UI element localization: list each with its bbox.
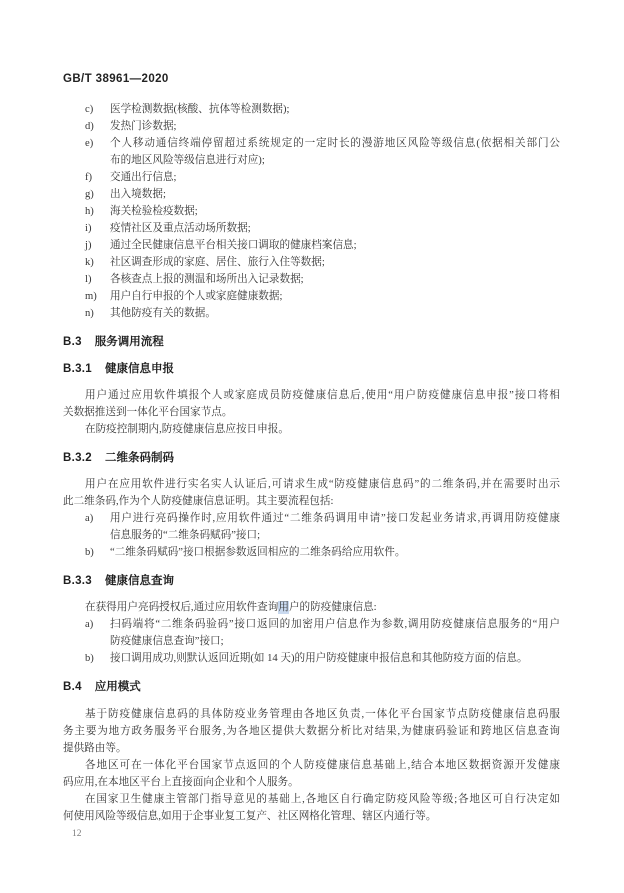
- lettered-list: a)用户进行亮码操作时,应用软件通过“二维条码调用申请”接口发起业务请求,再调用…: [63, 510, 560, 561]
- lettered-list: a)扫码端将“二维条码验码”接口返回的加密用户信息作为参数,调用防疫健康信息服务…: [63, 616, 560, 667]
- section-heading-b-3-1: B.3.1健康信息申报: [63, 362, 560, 376]
- list-item-text: 医学检测数据(核酸、抗体等检测数据);: [110, 101, 560, 118]
- list-item-text: 其他防疫有关的数据。: [110, 305, 560, 322]
- list-item-label: a): [85, 616, 110, 650]
- list-item-label: k): [85, 254, 110, 271]
- list-item: c)医学检测数据(核酸、抗体等检测数据);: [63, 101, 560, 118]
- text-line: 关数据推送到一体化平台国家节点。: [63, 404, 560, 421]
- list-item: f)交通出行信息;: [63, 169, 560, 186]
- text-line: 用户通过应用软件填报个人或家庭成员防疫健康信息后,使用“用户防疫健康信息申报”接…: [63, 387, 560, 404]
- list-item-label: b): [85, 650, 110, 667]
- text-line: “二维条码赋码”接口根据参数返回相应的二维条码给应用软件。: [110, 544, 560, 561]
- document-body: c)医学检测数据(核酸、抗体等检测数据);d)发热门诊数据;e)个人移动通信终端…: [63, 101, 560, 825]
- list-item-text: 疫情社区及重点活动场所数据;: [110, 220, 560, 237]
- list-item: k)社区调查形成的家庭、居住、旅行入住等数据;: [63, 254, 560, 271]
- list-item: l)各核查点上报的测温和场所出入记录数据;: [63, 271, 560, 288]
- list-item-label: b): [85, 544, 110, 561]
- document-page: GB/T 38961—2020 c)医学检测数据(核酸、抗体等检测数据);d)发…: [0, 0, 624, 893]
- list-item-text: “二维条码赋码”接口根据参数返回相应的二维条码给应用软件。: [110, 544, 560, 561]
- section-number: B.3.3: [63, 574, 92, 588]
- section-number: B.3.2: [63, 451, 92, 465]
- text-line: 在获得用户亮码授权后,通过应用软件查询用户的防疫健康信息:: [63, 599, 560, 616]
- text-line: 出入境数据;: [110, 186, 560, 203]
- list-item-text: 通过全民健康信息平台相关接口调取的健康档案信息;: [110, 237, 560, 254]
- section-title: 二维条码制码: [105, 451, 174, 465]
- paragraph: 在防疫控制期内,防疫健康信息应按日申报。: [63, 421, 560, 438]
- list-item: h)海关检验检疫数据;: [63, 203, 560, 220]
- text-line: 通过全民健康信息平台相关接口调取的健康档案信息;: [110, 237, 560, 254]
- list-item: i)疫情社区及重点活动场所数据;: [63, 220, 560, 237]
- list-item-label: e): [85, 135, 110, 169]
- list-item-label: c): [85, 101, 110, 118]
- list-item-text: 各核查点上报的测温和场所出入记录数据;: [110, 271, 560, 288]
- text-line: 扫码端将“二维条码验码”接口返回的加密用户信息作为参数,调用防疫健康信息服务的“…: [110, 616, 560, 633]
- list-item: b)接口调用成功,则默认返回近期(如 14 天)的用户防疫健康申报信息和其他防疫…: [63, 650, 560, 667]
- paragraph: 基于防疫健康信息码的具体防疫业务管理由各地区负责,一体化平台国家节点防疫健康信息…: [63, 706, 560, 757]
- list-item: m)用户自行申报的个人或家庭健康数据;: [63, 288, 560, 305]
- list-item-text: 海关检验检疫数据;: [110, 203, 560, 220]
- section-title: 健康信息申报: [105, 362, 174, 376]
- text-line: 防疫健康信息查询”接口;: [110, 633, 560, 650]
- list-item: g)出入境数据;: [63, 186, 560, 203]
- paragraph: 用户通过应用软件填报个人或家庭成员防疫健康信息后,使用“用户防疫健康信息申报”接…: [63, 387, 560, 421]
- list-item-label: d): [85, 118, 110, 135]
- list-item-text: 发热门诊数据;: [110, 118, 560, 135]
- list-item-label: g): [85, 186, 110, 203]
- list-item-label: n): [85, 305, 110, 322]
- list-item-label: f): [85, 169, 110, 186]
- text-line: 个人移动通信终端停留超过系统规定的一定时长的漫游地区风险等级信息(依据相关部门公: [110, 135, 560, 152]
- lettered-list: c)医学检测数据(核酸、抗体等检测数据);d)发热门诊数据;e)个人移动通信终端…: [63, 101, 560, 322]
- list-item-text: 用户自行申报的个人或家庭健康数据;: [110, 288, 560, 305]
- text-line: 基于防疫健康信息码的具体防疫业务管理由各地区负责,一体化平台国家节点防疫健康信息…: [63, 706, 560, 723]
- text-line: 发热门诊数据;: [110, 118, 560, 135]
- list-item-text: 出入境数据;: [110, 186, 560, 203]
- text-line: 布的地区风险等级信息进行对应);: [110, 152, 560, 169]
- text-line: 用户在应用软件进行实名实人认证后,可请求生成“防疫健康信息码”的二维条码,并在需…: [63, 476, 560, 493]
- paragraph: 各地区可在一体化平台国家节点返回的个人防疫健康信息基础上,结合本地区数据资源开发…: [63, 757, 560, 791]
- list-item: n)其他防疫有关的数据。: [63, 305, 560, 322]
- page-number: 12: [72, 828, 82, 840]
- list-item-text: 扫码端将“二维条码验码”接口返回的加密用户信息作为参数,调用防疫健康信息服务的“…: [110, 616, 560, 650]
- section-heading-b-3-3: B.3.3健康信息查询: [63, 574, 560, 588]
- text-line: 接口调用成功,则默认返回近期(如 14 天)的用户防疫健康申报信息和其他防疫方面…: [110, 650, 560, 667]
- text-line: 各核查点上报的测温和场所出入记录数据;: [110, 271, 560, 288]
- list-item: a)用户进行亮码操作时,应用软件通过“二维条码调用申请”接口发起业务请求,再调用…: [63, 510, 560, 544]
- paragraph: 用户在应用软件进行实名实人认证后,可请求生成“防疫健康信息码”的二维条码,并在需…: [63, 476, 560, 510]
- section-title: 应用模式: [95, 680, 141, 694]
- text-line: 提供路由等。: [63, 740, 560, 757]
- text-line: 用户进行亮码操作时,应用软件通过“二维条码调用申请”接口发起业务请求,再调用防疫…: [110, 510, 560, 527]
- section-number: B.3.1: [63, 362, 92, 376]
- text-line: 此二维条码,作为个人防疫健康信息证明。其主要流程包括:: [63, 493, 560, 510]
- list-item-label: a): [85, 510, 110, 544]
- section-title: 服务调用流程: [95, 335, 164, 349]
- list-item-text: 用户进行亮码操作时,应用软件通过“二维条码调用申请”接口发起业务请求,再调用防疫…: [110, 510, 560, 544]
- list-item-text: 接口调用成功,则默认返回近期(如 14 天)的用户防疫健康申报信息和其他防疫方面…: [110, 650, 560, 667]
- text-line: 海关检验检疫数据;: [110, 203, 560, 220]
- list-item: d)发热门诊数据;: [63, 118, 560, 135]
- list-item: b)“二维条码赋码”接口根据参数返回相应的二维条码给应用软件。: [63, 544, 560, 561]
- list-item-text: 个人移动通信终端停留超过系统规定的一定时长的漫游地区风险等级信息(依据相关部门公…: [110, 135, 560, 169]
- standard-number-header: GB/T 38961—2020: [63, 72, 560, 86]
- list-item-label: i): [85, 220, 110, 237]
- paragraph: 在国家卫生健康主管部门指导意见的基础上,各地区自行确定防疫风险等级;各地区可自行…: [63, 791, 560, 825]
- text-line: 信息服务的“二维条码赋码”接口;: [110, 527, 560, 544]
- text-line: 务主要为地方政务服务平台服务,为各地区提供大数据分析比对结果,为健康码验证和跨地…: [63, 723, 560, 740]
- text-line: 码应用,在本地区平台上直接面向企业和个人服务。: [63, 774, 560, 791]
- selection-highlight: 用: [278, 601, 289, 614]
- list-item: j)通过全民健康信息平台相关接口调取的健康档案信息;: [63, 237, 560, 254]
- list-item-label: m): [85, 288, 110, 305]
- list-item: a)扫码端将“二维条码验码”接口返回的加密用户信息作为参数,调用防疫健康信息服务…: [63, 616, 560, 650]
- text-line: 其他防疫有关的数据。: [110, 305, 560, 322]
- list-item-label: j): [85, 237, 110, 254]
- text-line: 交通出行信息;: [110, 169, 560, 186]
- section-heading-b-3: B.3服务调用流程: [63, 335, 560, 349]
- text-line: 社区调查形成的家庭、居住、旅行入住等数据;: [110, 254, 560, 271]
- text-line: 医学检测数据(核酸、抗体等检测数据);: [110, 101, 560, 118]
- list-item-label: h): [85, 203, 110, 220]
- list-item-text: 社区调查形成的家庭、居住、旅行入住等数据;: [110, 254, 560, 271]
- text-line: 各地区可在一体化平台国家节点返回的个人防疫健康信息基础上,结合本地区数据资源开发…: [63, 757, 560, 774]
- section-number: B.4: [63, 680, 82, 694]
- list-item: e)个人移动通信终端停留超过系统规定的一定时长的漫游地区风险等级信息(依据相关部…: [63, 135, 560, 169]
- section-heading-b-3-2: B.3.2二维条码制码: [63, 451, 560, 465]
- section-heading-b-4: B.4应用模式: [63, 680, 560, 694]
- text-line: 在防疫控制期内,防疫健康信息应按日申报。: [63, 421, 560, 438]
- list-item-text: 交通出行信息;: [110, 169, 560, 186]
- section-number: B.3: [63, 335, 82, 349]
- section-title: 健康信息查询: [105, 574, 174, 588]
- page-content: GB/T 38961—2020 c)医学检测数据(核酸、抗体等检测数据);d)发…: [63, 72, 560, 825]
- text-line: 在国家卫生健康主管部门指导意见的基础上,各地区自行确定防疫风险等级;各地区可自行…: [63, 791, 560, 808]
- paragraph: 在获得用户亮码授权后,通过应用软件查询用户的防疫健康信息:: [63, 599, 560, 616]
- text-line: 用户自行申报的个人或家庭健康数据;: [110, 288, 560, 305]
- text-line: 疫情社区及重点活动场所数据;: [110, 220, 560, 237]
- list-item-label: l): [85, 271, 110, 288]
- text-line: 何使用风险等级信息,如用于企事业复工复产、社区网格化管理、辖区内通行等。: [63, 808, 560, 825]
